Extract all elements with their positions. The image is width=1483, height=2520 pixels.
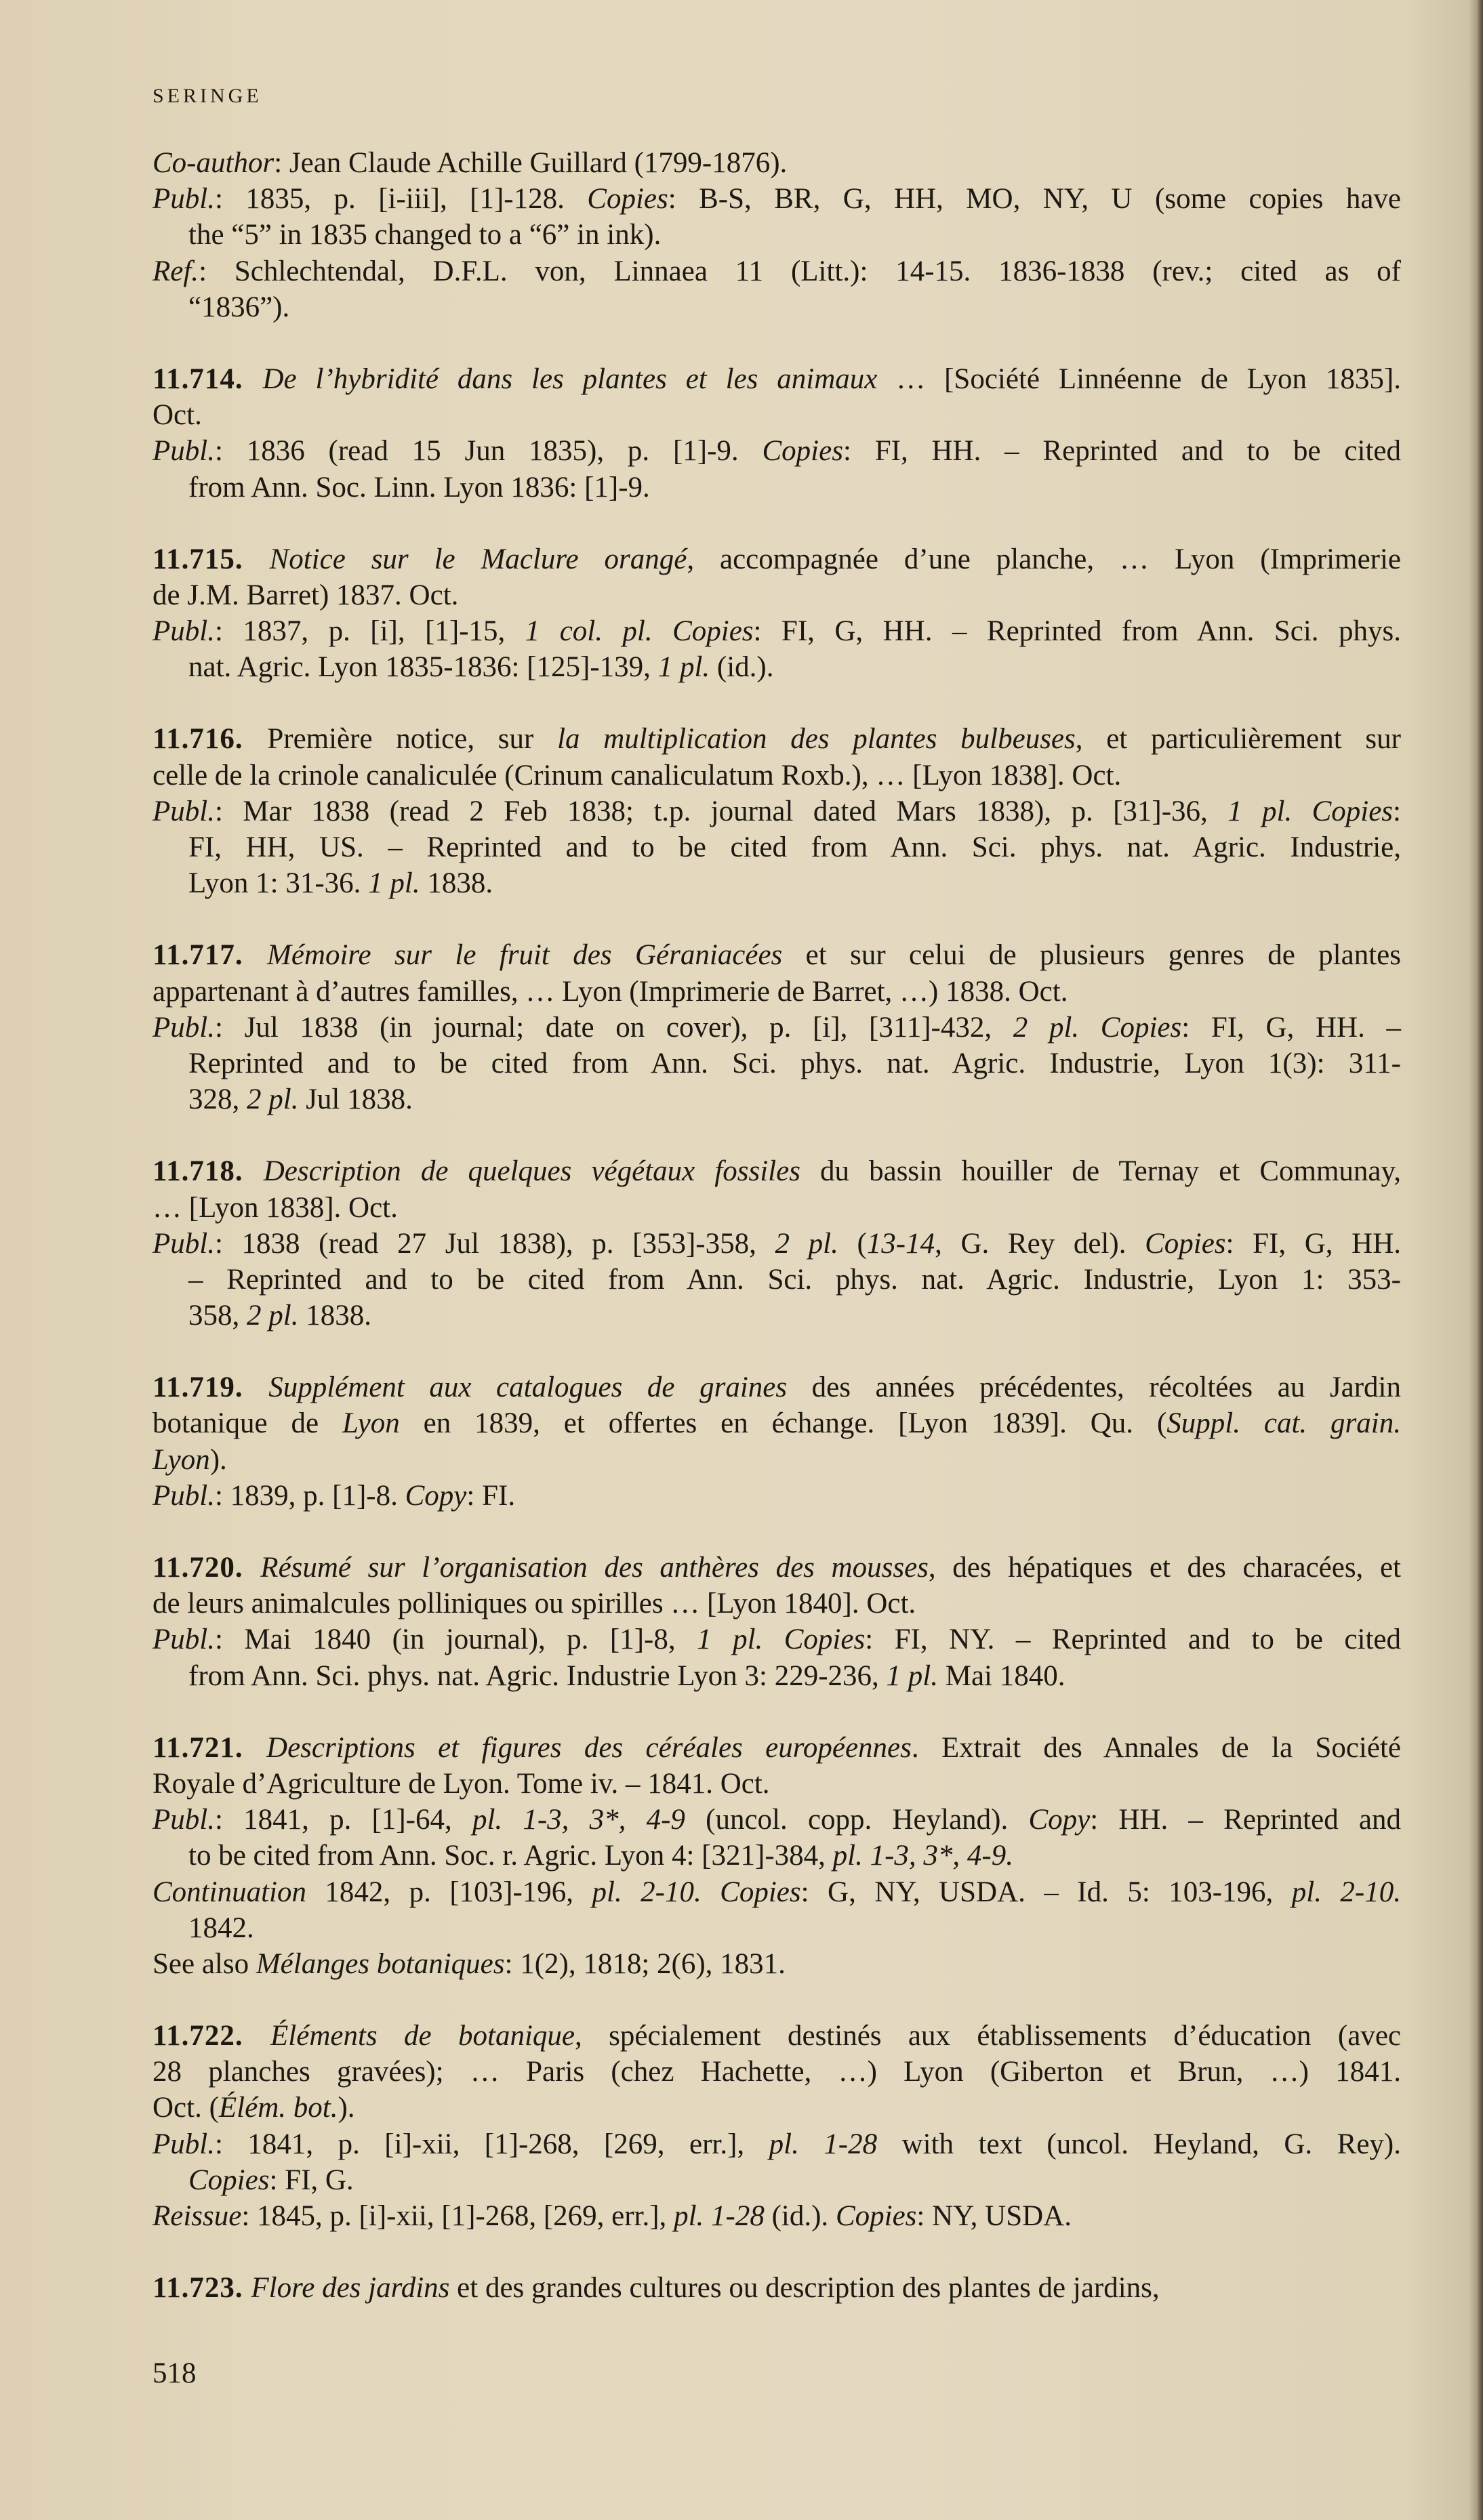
- italic-text: Copy: [1028, 1804, 1090, 1836]
- text: Première notice, sur: [267, 723, 557, 755]
- bibliography-entry: 11.716. Première notice, sur la multipli…: [153, 721, 1401, 901]
- italic-text: Descriptions et figures des céréales eur…: [266, 1732, 912, 1764]
- text: de leurs animalcules polliniques ou spir…: [153, 1588, 916, 1619]
- text-line: 1842.: [153, 1910, 1401, 1946]
- text: : NY, USDA.: [916, 2200, 1072, 2232]
- italic-text: Description de quelques végétaux fossile…: [264, 1155, 800, 1187]
- bibliography-entry: 11.715. Notice sur le Maclure orangé, ac…: [153, 541, 1401, 686]
- text: 1842, p. [103]-196,: [306, 1876, 592, 1908]
- italic-text: Publ.: [153, 435, 215, 467]
- text-line: 28 planches gravées); … Paris (chez Hach…: [153, 2054, 1401, 2090]
- text: : 1845, p. [i]-xii, [1]-268, [269, err.]…: [241, 2200, 674, 2232]
- text-line: 358, 2 pl. 1838.: [153, 1298, 1401, 1334]
- text: : FI, G, HH. – Reprinted from Ann. Sci. …: [754, 615, 1401, 647]
- text: : Jean Claude Achille Guillard (1799-187…: [274, 147, 787, 179]
- italic-text: 1 col. pl. Copies: [525, 615, 754, 647]
- italic-text: Publ.: [153, 183, 215, 215]
- bibliography-body: Co-author: Jean Claude Achille Guillard …: [153, 145, 1401, 2306]
- text-line: Royale d’Agriculture de Lyon. Tome iv. –…: [153, 1766, 1401, 1802]
- italic-text: 1 pl. Copies: [1227, 796, 1393, 827]
- italic-text: Éléments de botanique: [270, 2020, 575, 2052]
- text-line: 11.714. De l’hybridité dans les plantes …: [153, 361, 1401, 397]
- entry-number: 11.721.: [153, 1732, 266, 1764]
- entry-number: 11.719.: [153, 1371, 268, 1403]
- text-line: Continuation 1842, p. [103]-196, pl. 2-1…: [153, 1874, 1401, 1910]
- text-line: de leurs animalcules polliniques ou spir…: [153, 1586, 1401, 1622]
- text: : 1838 (read 27 Jul 1838), p. [353]-358,: [215, 1228, 775, 1260]
- text: 1842.: [188, 1912, 254, 1944]
- text: … [Lyon 1838]. Oct.: [153, 1192, 398, 1224]
- italic-text: Copy: [405, 1480, 467, 1512]
- text-line: Publ.: 1836 (read 15 Jun 1835), p. [1]-9…: [153, 433, 1401, 469]
- text: : FI, NY. – Reprinted and to be cited: [865, 1624, 1401, 1655]
- text-line: 11.719. Supplément aux catalogues de gra…: [153, 1369, 1401, 1405]
- text: (uncol. copp. Heyland).: [685, 1804, 1029, 1836]
- text-line: to be cited from Ann. Soc. r. Agric. Lyo…: [153, 1838, 1401, 1874]
- text: : Jul 1838 (in journal; date on cover), …: [215, 1012, 1013, 1044]
- text: “1836”).: [188, 291, 289, 323]
- italic-text: Publ.: [153, 796, 215, 827]
- text-line: Reprinted and to be cited from Ann. Sci.…: [153, 1046, 1401, 1081]
- text: to be cited from Ann. Soc. r. Agric. Lyo…: [188, 1840, 833, 1872]
- italic-text: 2 pl.: [247, 1083, 298, 1115]
- text-line: botanique de Lyon en 1839, et offertes e…: [153, 1405, 1401, 1441]
- text-line: – Reprinted and to be cited from Ann. Sc…: [153, 1262, 1401, 1298]
- entry-number: 11.716.: [153, 723, 267, 755]
- italic-text: Copies: [836, 2200, 916, 2232]
- text: , des hépatiques et des characées, et: [929, 1552, 1401, 1584]
- italic-text: la multiplication des plantes bulbeuses: [557, 723, 1076, 755]
- italic-text: Copies: [1145, 1228, 1225, 1260]
- text-line: the “5” in 1835 changed to a “6” in ink)…: [153, 217, 1401, 253]
- text: (id.).: [710, 651, 773, 683]
- text: . Extrait des Annales de la Société: [912, 1732, 1401, 1764]
- text: 358,: [188, 1300, 247, 1331]
- page-number: 518: [153, 2355, 197, 2391]
- text: nat. Agric. Lyon 1835-1836: [125]-139,: [188, 651, 658, 683]
- page-edge-binding: [1476, 0, 1483, 2520]
- text: : B-S, BR, G, HH, MO, NY, U (some copies…: [668, 183, 1401, 215]
- text-line: nat. Agric. Lyon 1835-1836: [125]-139, 1…: [153, 649, 1401, 685]
- text-line: appartenant à d’autres familles, … Lyon …: [153, 974, 1401, 1010]
- text: : FI, G, HH.: [1226, 1228, 1402, 1260]
- text-line: de J.M. Barret) 1837. Oct.: [153, 577, 1401, 613]
- text: : G, NY, USDA. – Id. 5: 103-196,: [801, 1876, 1292, 1908]
- text: – Reprinted and to be cited from Ann. Sc…: [188, 1264, 1401, 1296]
- text: : Mar 1838 (read 2 Feb 1838; t.p. journa…: [215, 796, 1227, 827]
- text: :: [1393, 796, 1401, 827]
- italic-text: 1 pl.: [368, 867, 420, 899]
- italic-text: 1 pl.: [887, 1660, 938, 1692]
- italic-text: 1 pl. Copies: [697, 1624, 865, 1655]
- text-line: Copies: FI, G.: [153, 2162, 1401, 2198]
- italic-text: 2 pl.: [247, 1300, 298, 1331]
- text: : 1841, p. [1]-64,: [215, 1804, 472, 1836]
- text: (id.).: [765, 2200, 836, 2232]
- text-line: Publ.: Mai 1840 (in journal), p. [1]-8, …: [153, 1622, 1401, 1657]
- italic-text: De l’hybridité dans les plantes et les a…: [263, 363, 878, 395]
- entry-number: 11.717.: [153, 939, 267, 971]
- text: , G. Rey del).: [935, 1228, 1145, 1260]
- text: ).: [210, 1444, 227, 1476]
- entry-continuation: Co-author: Jean Claude Achille Guillard …: [153, 145, 1401, 325]
- text-line: Lyon).: [153, 1442, 1401, 1478]
- text-line: Lyon 1: 31-36. 1 pl. 1838.: [153, 865, 1401, 901]
- text: : Schlechtendal, D.F.L. von, Linnaea 11 …: [199, 255, 1401, 287]
- bibliography-entry: 11.714. De l’hybridité dans les plantes …: [153, 361, 1401, 505]
- italic-text: Élém. bot.: [219, 2092, 338, 2124]
- text: 328,: [188, 1083, 247, 1115]
- text-line: Publ.: Mar 1838 (read 2 Feb 1838; t.p. j…: [153, 793, 1401, 829]
- text: 1838.: [420, 867, 493, 899]
- text-line: Publ.: 1841, p. [1]-64, pl. 1-3, 3*, 4-9…: [153, 1802, 1401, 1838]
- text: : FI, G.: [269, 2164, 353, 2196]
- italic-text: Copies: [587, 183, 668, 215]
- text: en 1839, et offertes en échange. [Lyon 1…: [400, 1407, 1167, 1439]
- text-line: Oct. (Élém. bot.).: [153, 2090, 1401, 2126]
- italic-text: Publ.: [153, 1624, 215, 1655]
- text: : FI, G, HH. –: [1181, 1012, 1401, 1044]
- italic-text: pl. 2-10. Copies: [592, 1876, 801, 1908]
- text: Royale d’Agriculture de Lyon. Tome iv. –…: [153, 1768, 770, 1800]
- text: with text (uncol. Heyland, G. Rey).: [877, 2128, 1401, 2160]
- italic-text: Publ.: [153, 1012, 215, 1044]
- text: from Ann. Soc. Linn. Lyon 1836: [1]-9.: [188, 472, 650, 503]
- italic-text: 1 pl.: [658, 651, 710, 683]
- text: Oct.: [153, 399, 202, 431]
- text-line: … [Lyon 1838]. Oct.: [153, 1190, 1401, 1226]
- text-line: Publ.: 1838 (read 27 Jul 1838), p. [353]…: [153, 1226, 1401, 1262]
- text: 28 planches gravées); … Paris (chez Hach…: [153, 2056, 1401, 2088]
- text-line: Co-author: Jean Claude Achille Guillard …: [153, 145, 1401, 181]
- text-line: FI, HH, US. – Reprinted and to be cited …: [153, 829, 1401, 865]
- italic-text: 2 pl. Copies: [1013, 1012, 1181, 1044]
- text: … [Société Linnéenne de Lyon 1835].: [877, 363, 1401, 395]
- text: botanique de: [153, 1407, 342, 1439]
- text: from Ann. Sci. phys. nat. Agric. Industr…: [188, 1660, 887, 1692]
- text: : 1836 (read 15 Jun 1835), p. [1]-9.: [215, 435, 763, 467]
- text: , et particulièrement sur: [1076, 723, 1401, 755]
- entry-number: 11.715.: [153, 543, 270, 575]
- text: Oct. (: [153, 2092, 219, 2124]
- italic-text: Continuation: [153, 1876, 306, 1908]
- italic-text: Suppl. cat. grain.: [1166, 1407, 1401, 1439]
- bibliography-entry: 11.721. Descriptions et figures des céré…: [153, 1730, 1401, 1982]
- italic-text: Flore des jardins: [251, 2272, 449, 2304]
- text: du bassin houiller de Ternay et Communay…: [800, 1155, 1401, 1187]
- bibliography-entry: 11.720. Résumé sur l’organisation des an…: [153, 1550, 1401, 1694]
- text-line: 11.722. Éléments de botanique, spécialem…: [153, 2018, 1401, 2054]
- italic-text: Publ.: [153, 1480, 215, 1512]
- text-line: Ref.: Schlechtendal, D.F.L. von, Linnaea…: [153, 253, 1401, 289]
- italic-text: Notice sur le Maclure orangé: [270, 543, 687, 575]
- text-line: Reissue: 1845, p. [i]-xii, [1]-268, [269…: [153, 2198, 1401, 2234]
- text-line: “1836”).: [153, 289, 1401, 325]
- italic-text: Publ.: [153, 2128, 215, 2160]
- bibliography-entry: 11.718. Description de quelques végétaux…: [153, 1153, 1401, 1334]
- text-line: 328, 2 pl. Jul 1838.: [153, 1081, 1401, 1117]
- text: Jul 1838.: [298, 1083, 412, 1115]
- text: , accompagnée d’une planche, … Lyon (Imp…: [687, 543, 1401, 575]
- text: des années précédentes, récoltées au Jar…: [787, 1371, 1401, 1403]
- text: et des grandes cultures ou description d…: [449, 2272, 1159, 2304]
- italic-text: pl. 1-3, 3*, 4-9: [472, 1804, 685, 1836]
- italic-text: pl. 2-10.: [1292, 1876, 1401, 1908]
- text: (: [838, 1228, 867, 1260]
- text-line: Publ.: 1837, p. [i], [1]-15, 1 col. pl. …: [153, 613, 1401, 649]
- text: ).: [338, 2092, 354, 2124]
- italic-text: Résumé sur l’organisation des anthères d…: [260, 1552, 929, 1584]
- italic-text: Publ.: [153, 1804, 215, 1836]
- entry-number: 11.720.: [153, 1552, 260, 1584]
- text: : 1841, p. [i]-xii, [1]-268, [269, err.]…: [215, 2128, 769, 2160]
- text: et sur celui de plusieurs genres de plan…: [782, 939, 1401, 971]
- text: : 1(2), 1818; 2(6), 1831.: [505, 1948, 786, 1980]
- italic-text: Lyon: [153, 1444, 210, 1476]
- text-line: Publ.: 1835, p. [i-iii], [1]-128. Copies…: [153, 181, 1401, 217]
- text: appartenant à d’autres familles, … Lyon …: [153, 976, 1068, 1008]
- text-line: Publ.: Jul 1838 (in journal; date on cov…: [153, 1010, 1401, 1046]
- text-line: 11.717. Mémoire sur le fruit des Gérania…: [153, 937, 1401, 973]
- bibliography-entry: 11.722. Éléments de botanique, spécialem…: [153, 2018, 1401, 2234]
- italic-text: Copies: [763, 435, 843, 467]
- italic-text: Mélanges botaniques: [256, 1948, 505, 1980]
- entry-number: 11.722.: [153, 2020, 270, 2052]
- text: Lyon 1: 31-36.: [188, 867, 368, 899]
- entry-number: 11.723.: [153, 2272, 251, 2304]
- text: : Mai 1840 (in journal), p. [1]-8,: [215, 1624, 697, 1655]
- running-head: SERINGE: [153, 83, 262, 110]
- text-line: 11.721. Descriptions et figures des céré…: [153, 1730, 1401, 1766]
- text-line: See also Mélanges botaniques: 1(2), 1818…: [153, 1946, 1401, 1982]
- text-line: from Ann. Sci. phys. nat. Agric. Industr…: [153, 1658, 1401, 1694]
- italic-text: Publ.: [153, 1228, 215, 1260]
- bibliography-entry: 11.723. Flore des jardins et des grandes…: [153, 2270, 1401, 2306]
- text: : FI.: [466, 1480, 515, 1512]
- text-line: 11.718. Description de quelques végétaux…: [153, 1153, 1401, 1189]
- italic-text: 2 pl.: [775, 1228, 838, 1260]
- italic-text: pl. 1-28: [674, 2200, 765, 2232]
- text: 1838.: [298, 1300, 371, 1331]
- italic-text: Lyon: [342, 1407, 400, 1439]
- text-line: Publ.: 1839, p. [1]-8. Copy: FI.: [153, 1478, 1401, 1514]
- text-line: 11.716. Première notice, sur la multipli…: [153, 721, 1401, 757]
- text: See also: [153, 1948, 256, 1980]
- bibliography-entry: 11.719. Supplément aux catalogues de gra…: [153, 1369, 1401, 1514]
- italic-text: Copies: [188, 2164, 269, 2196]
- text-line: 11.723. Flore des jardins et des grandes…: [153, 2270, 1401, 2306]
- text-line: from Ann. Soc. Linn. Lyon 1836: [1]-9.: [153, 470, 1401, 505]
- text: , spécialement destinés aux établissemen…: [575, 2020, 1401, 2052]
- entry-number: 11.714.: [153, 363, 263, 395]
- text-line: Oct.: [153, 397, 1401, 433]
- text-line: celle de la crinole canaliculée (Crinum …: [153, 758, 1401, 793]
- text: celle de la crinole canaliculée (Crinum …: [153, 760, 1121, 791]
- text-line: 11.715. Notice sur le Maclure orangé, ac…: [153, 541, 1401, 577]
- text-line: 11.720. Résumé sur l’organisation des an…: [153, 1550, 1401, 1586]
- text: : 1839, p. [1]-8.: [215, 1480, 405, 1512]
- bibliography-entry: 11.717. Mémoire sur le fruit des Gérania…: [153, 937, 1401, 1117]
- italic-text: Mémoire sur le fruit des Géraniacées: [267, 939, 782, 971]
- text-line: Publ.: 1841, p. [i]-xii, [1]-268, [269, …: [153, 2126, 1401, 2162]
- italic-text: Ref.: [153, 255, 199, 287]
- text: : 1837, p. [i], [1]-15,: [215, 615, 525, 647]
- text: de J.M. Barret) 1837. Oct.: [153, 579, 458, 611]
- text: : FI, HH. – Reprinted and to be cited: [843, 435, 1401, 467]
- italic-text: pl. 1-3, 3*, 4-9.: [833, 1840, 1013, 1872]
- text: Reprinted and to be cited from Ann. Sci.…: [188, 1048, 1401, 1079]
- italic-text: Co-author: [153, 147, 274, 179]
- text: : HH. – Reprinted and: [1090, 1804, 1401, 1836]
- italic-text: Supplément aux catalogues de graines: [268, 1371, 787, 1403]
- italic-text: Publ.: [153, 615, 215, 647]
- italic-text: Reissue: [153, 2200, 241, 2232]
- text: FI, HH, US. – Reprinted and to be cited …: [188, 831, 1401, 863]
- text: : 1835, p. [i-iii], [1]-128.: [215, 183, 587, 215]
- italic-text: pl. 1-28: [769, 2128, 877, 2160]
- text: the “5” in 1835 changed to a “6” in ink)…: [188, 219, 661, 251]
- entry-number: 11.718.: [153, 1155, 264, 1187]
- italic-text: 13-14: [867, 1228, 935, 1260]
- text: Mai 1840.: [938, 1660, 1065, 1692]
